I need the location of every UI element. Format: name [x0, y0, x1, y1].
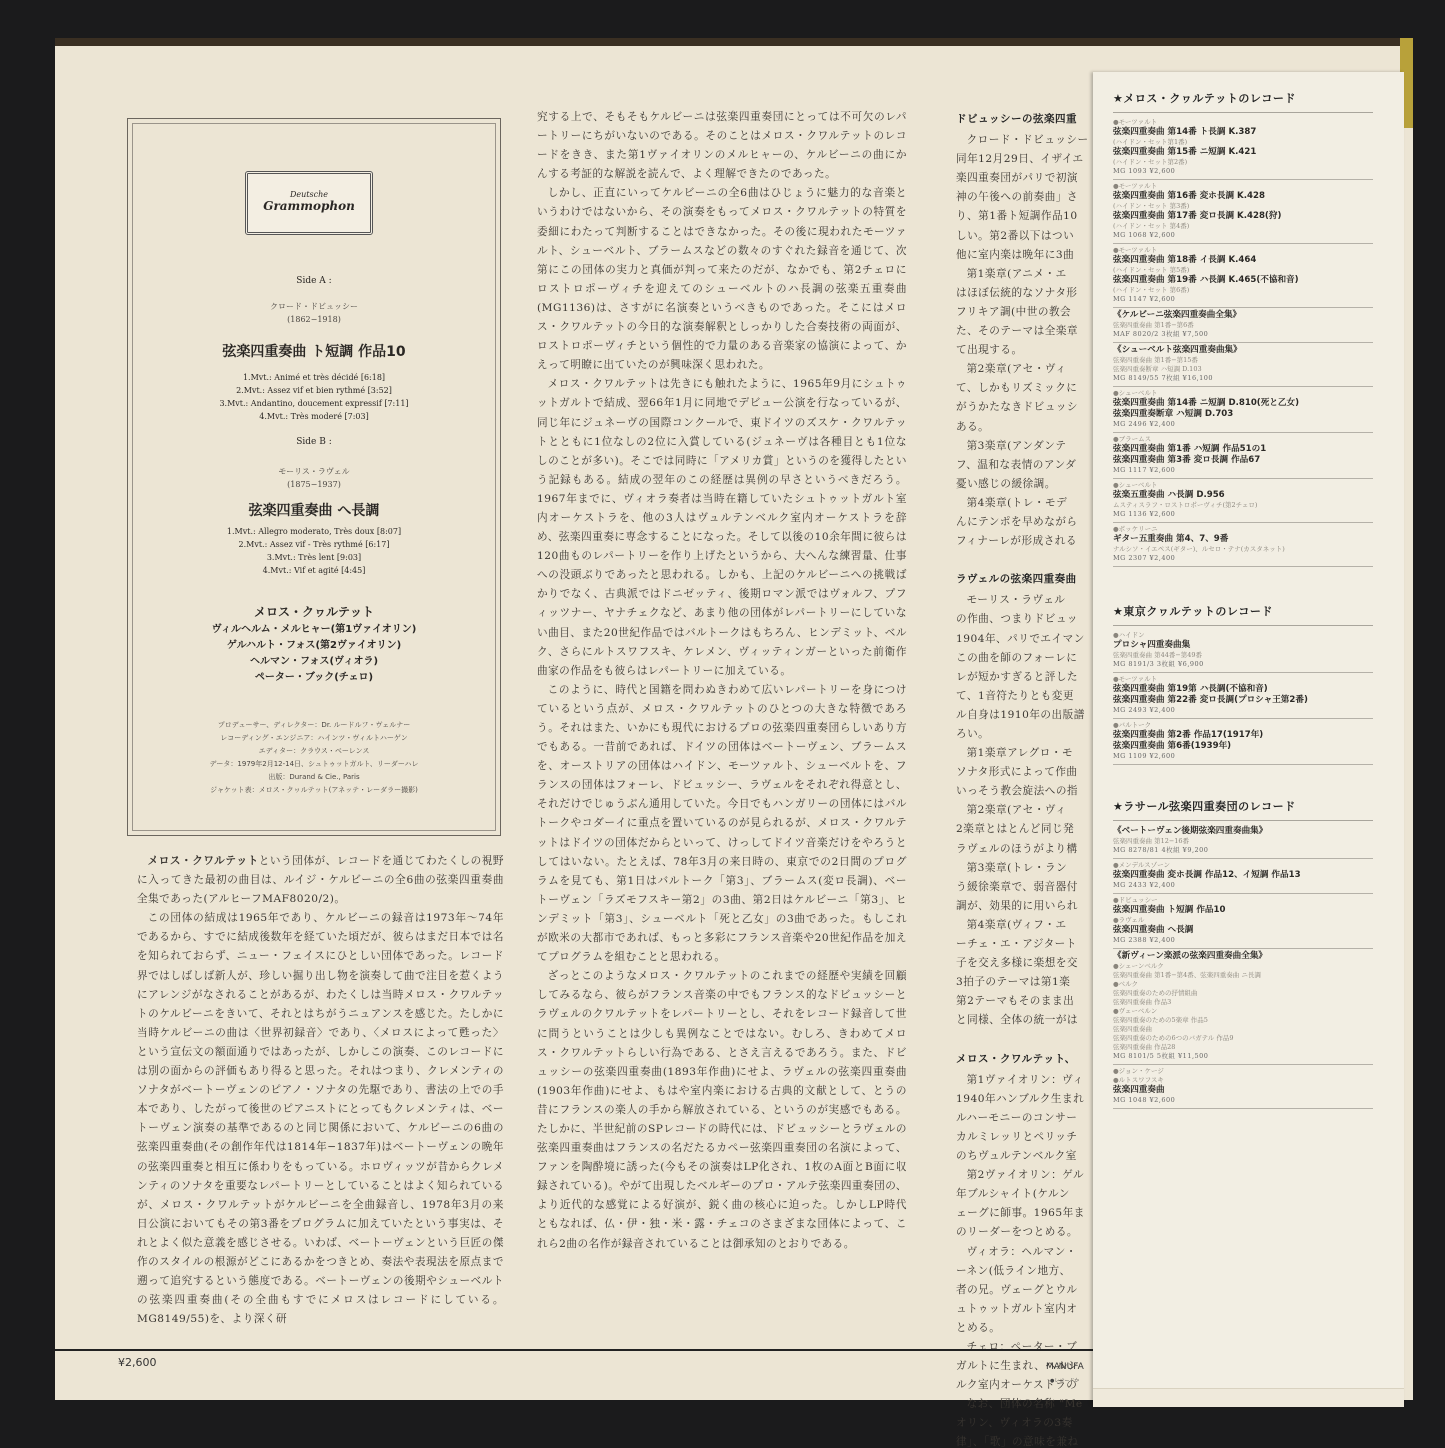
work-title: 弦楽四重奏曲 第19第 ハ長調(不協和音) — [1113, 684, 1373, 695]
work-detail: ナルシソ・イエペス(ギター)、ルセロ・テナ(カスタネット) — [1113, 545, 1373, 554]
catalog-number-price: MG 8191/3 3枚組 ¥6,900 — [1113, 660, 1373, 669]
text-line: フィナーレが形成される — [956, 532, 1090, 551]
text-line: 第3楽章(アンダンテ — [956, 437, 1090, 456]
catalog-number-price: MG 2388 ¥2,400 — [1113, 936, 1373, 945]
text-line: 第3楽章(トレ・ラン — [956, 859, 1090, 878]
text-line: フリキア調(中世の教会 — [956, 303, 1090, 322]
work-title: 弦楽四重奏曲 ト短調 作品10 — [1113, 905, 1373, 916]
work-title: ギター五重奏曲 第4、7、9番 — [1113, 534, 1373, 545]
text-line: う緩徐楽章で、弱音器付 — [956, 878, 1090, 897]
credit-line: データ：1979年2月12-14日、シュトゥットガルト、リーダーハレ — [128, 758, 500, 771]
text-line: ーネン(低ライン地方、 — [956, 1262, 1090, 1281]
catalog-section-lasalle: ★ラサール弦楽四重奏団のレコード《ベートーヴェン後期弦楽四重奏曲集》弦楽四重奏曲… — [1113, 798, 1373, 1109]
work-detail: (ハイドン・セット 第3番) — [1113, 202, 1373, 211]
text-line: 神の午後への前奏曲」さ — [956, 188, 1090, 207]
catalog-number-price: MG 8278/81 4枚組 ¥9,200 — [1113, 846, 1373, 855]
side-a-label: Side A : — [128, 276, 500, 286]
text-line: 第4楽章(ヴィフ・エ — [956, 916, 1090, 935]
text-line: ソナタ形式によって作曲 — [956, 763, 1090, 782]
text-line: 他に室内楽は晩年に3曲 — [956, 246, 1090, 265]
text-line: て出現する。 — [956, 341, 1090, 360]
text-line: オリン、ヴィオラの3奏 — [956, 1414, 1090, 1433]
composer-name: ●ベルク — [1113, 980, 1373, 989]
paragraph: ざっとこのようなメロス・クワルテットのこれまでの経歴や実績を回顧してみるなら、彼… — [537, 967, 907, 1253]
work-detail: 弦楽四重奏曲 — [1113, 1025, 1373, 1034]
text-line: カルミレッリとペリッチ — [956, 1128, 1090, 1147]
text-line: しい。第2番以下はつい — [956, 227, 1090, 246]
work-detail: 弦楽四重奏曲 第44番−第49番 — [1113, 651, 1373, 660]
text-line: チェロ：ペーター・ブ — [956, 1338, 1090, 1357]
text-line: 年ブルシャイト(ケルン — [956, 1185, 1090, 1204]
text-line: 2楽章とはとんど同じ発 — [956, 820, 1090, 839]
composer-name: ●ヴェーベルン — [1113, 1007, 1373, 1016]
bottom-divider — [55, 1349, 1095, 1351]
side-b-years: (1875−1937) — [128, 480, 500, 489]
logo-line-2: Grammophon — [248, 199, 370, 213]
manufacturer-label: MANUFA — [1046, 1362, 1084, 1372]
composer-name: ●ドビュッシー — [1113, 896, 1373, 905]
insert-fold — [1093, 1388, 1404, 1407]
text-line: ラヴェルのほうがより構 — [956, 840, 1090, 859]
text-line: モーリス・ラヴェル — [956, 591, 1090, 610]
catalog-record: 《ケルビーニ弦楽四重奏曲全集》弦楽四重奏曲 第1番−第6番MAF 8020/2 … — [1113, 308, 1373, 343]
composer-name: ●メンデルスゾーン — [1113, 861, 1373, 870]
catalog-record: ●モーツァルト弦楽四重奏曲 第19第 ハ長調(不協和音)弦楽四重奏曲 第22番 … — [1113, 673, 1373, 719]
credit-line: エディター：クラウス・ベーレンス — [128, 745, 500, 758]
composer-name: ●ジョン・ケージ — [1113, 1067, 1373, 1076]
movement: 1.Mvt.: Allegro moderato, Très doux [8:0… — [128, 525, 500, 538]
composer-name: ●モーツァルト — [1113, 182, 1373, 191]
credit-line: ジャケット表：メロス・クヮルテット(アネッテ・レーダラー撮影) — [128, 784, 500, 797]
catalog-number-price: MG 1117 ¥2,600 — [1113, 466, 1373, 475]
work-title: 弦楽四重奏曲 第1番 ハ短調 作品51の1 — [1113, 444, 1373, 455]
side-b-movements: 1.Mvt.: Allegro moderato, Très doux [8:0… — [128, 525, 500, 577]
work-title: 弦楽四重奏曲 変ホ長調 作品12、イ短調 作品13 — [1113, 870, 1373, 881]
text-line: 第2テーマもそのまま出 — [956, 992, 1090, 1011]
movement: 2.Mvt.: Assez vif et bien rythmé [3:52] — [128, 384, 500, 397]
work-detail: 弦楽四重奏断章 ハ短調 D.103 — [1113, 365, 1373, 374]
work-title: プロシャ四重奏曲集 — [1113, 640, 1373, 651]
credit-line: 出版：Durand & Cie., Paris — [128, 771, 500, 784]
work-detail: (ハイドン・セット第2番) — [1113, 158, 1373, 167]
section-heading: ラヴェルの弦楽四重奏曲 — [956, 570, 1090, 589]
side-a-movements: 1.Mvt.: Animé et très décidé [6:18] 2.Mv… — [128, 371, 500, 423]
text-line: 1940年ハンブルク生まれ — [956, 1090, 1090, 1109]
text-line: のちヴュルテンベルク室 — [956, 1147, 1090, 1166]
work-detail: 弦楽四重奏のための抒情組曲 — [1113, 989, 1373, 998]
text-line: 第1ヴァイオリン：ヴィ — [956, 1071, 1090, 1090]
text-line: ュトゥットガルト室内オ — [956, 1300, 1090, 1319]
catalog-number-price: MG 1093 ¥2,600 — [1113, 167, 1373, 176]
work-title: 《新ヴィーン楽派の弦楽四重奏曲全集》 — [1113, 951, 1373, 962]
text-line: レが短かすぎると評した — [956, 668, 1090, 687]
catalog-number-price: MG 2433 ¥2,400 — [1113, 881, 1373, 890]
catalog-record: ●ボッケリーニギター五重奏曲 第4、7、9番ナルシソ・イエペス(ギター)、ルセロ… — [1113, 523, 1373, 567]
deutsche-grammophon-logo: Deutsche Grammophon — [245, 171, 373, 235]
movement: 2.Mvt.: Assez vif - Très rythmé [6:17] — [128, 538, 500, 551]
text-line: の作曲、つまりドビュッ — [956, 610, 1090, 629]
liner-notes-column-1: メロス・クワルテットという団体が、レコードを通じてわたくしの視野に入ってきた最初… — [137, 852, 504, 1329]
text-line: ルハーモニーのコンサー — [956, 1109, 1090, 1128]
catalog-record: ●モーツァルト弦楽四重奏曲 第18番 イ長調 K.464(ハイドン・セット 第5… — [1113, 244, 1373, 308]
catalog-record: 《シューベルト弦楽四重奏曲集》弦楽四重奏曲 第1番−第15番弦楽四重奏断章 ハ短… — [1113, 343, 1373, 387]
composer-name: ●ブラームス — [1113, 435, 1373, 444]
text-line: 第1楽章アレグロ・モ — [956, 744, 1090, 763]
ensemble-name: メロス・クヮルテット — [128, 603, 500, 620]
text-line: て、しかもリズミックに — [956, 379, 1090, 398]
paragraph: この団体の結成は1965年であり、ケルビーニの録音は1973年〜74年であるから… — [137, 909, 504, 1329]
paragraph: メロス・クワルテットは先きにも触れたように、1965年9月にシュトゥットガルトで… — [537, 375, 907, 681]
catalog-number-price: MG 1048 ¥2,600 — [1113, 1096, 1373, 1105]
work-detail: 弦楽四重奏曲 作品3 — [1113, 998, 1373, 1007]
member: ゲルハルト・フォス(第2ヴァイオリン) — [128, 638, 500, 654]
credit-line: レコーディング・エンジニア：ハインツ・ヴィルトハーゲン — [128, 732, 500, 745]
text-line: いっそう教会旋法への指 — [956, 782, 1090, 801]
catalog-number-price: MG 1109 ¥2,600 — [1113, 752, 1373, 761]
work-title: 弦楽四重奏断章 ハ短調 D.703 — [1113, 409, 1373, 420]
work-detail: (ハイドン・セット第1番) — [1113, 138, 1373, 147]
liner-notes-column-3: ドビュッシーの弦楽四重クロード・ドビュッシー同年12月29日、イザイエ楽四重奏団… — [956, 110, 1090, 1448]
side-a-work-title: 弦楽四重奏曲 ト短調 作品10 — [128, 341, 500, 361]
catalog-number-price: MG 8101/5 5枚組 ¥11,500 — [1113, 1052, 1373, 1061]
catalog-record: ●シューベルト弦楽五重奏曲 ハ長調 D.956ムスティスラフ・ロストロポーヴィチ… — [1113, 479, 1373, 523]
movement: 1.Mvt.: Animé et très décidé [6:18] — [128, 371, 500, 384]
text-line: 子を交え多様に楽想を交 — [956, 954, 1090, 973]
text-line — [956, 1031, 1090, 1050]
text-line: この曲を師のフォーレに — [956, 649, 1090, 668]
text-line: ル自身は1910年の出版譜 — [956, 706, 1090, 725]
composer-name: ●ルトスワフスキ — [1113, 1076, 1373, 1085]
text-line: 同年12月29日、イザイエ — [956, 150, 1090, 169]
work-title: 弦楽四重奏曲 へ長調 — [1113, 925, 1373, 936]
paragraph: 究する上で、そもそもケルビーニは弦楽四重奏団にとっては不可欠のレパートリーにちが… — [537, 108, 907, 184]
section-heading: ドビュッシーの弦楽四重 — [956, 110, 1090, 129]
text-line: ェーグに師事。1965年ま — [956, 1204, 1090, 1223]
paragraph: このように、時代と国籍を問わぬきわめて広いレパートリーを身につけているという点が… — [537, 681, 907, 967]
movement: 4.Mvt.: Très moderé [7:03] — [128, 410, 500, 423]
text-line: 3拍子のテーマは第1楽 — [956, 973, 1090, 992]
work-title: 弦楽四重奏曲 第17番 変ロ長調 K.428(狩) — [1113, 211, 1373, 222]
paragraph: メロス・クワルテットという団体が、レコードを通じてわたくしの視野に入ってきた最初… — [137, 852, 504, 909]
text-line: た、そのテーマは全楽章 — [956, 322, 1090, 341]
work-title: 弦楽四重奏曲 第22番 変ロ長調(プロシャ王第2番) — [1113, 695, 1373, 706]
catalog-record: ●モーツァルト弦楽四重奏曲 第16番 変ホ長調 K.428(ハイドン・セット 第… — [1113, 180, 1373, 244]
text-line: 者の兄。ヴェーグとウル — [956, 1281, 1090, 1300]
work-title: 弦楽五重奏曲 ハ長調 D.956 — [1113, 490, 1373, 501]
composer-name: ●シューベルト — [1113, 481, 1373, 490]
catalog-number-price: MG 1147 ¥2,600 — [1113, 295, 1373, 304]
credit-line: プロデューサー、ディレクター：Dr. ルードルフ・ヴェルナー — [128, 719, 500, 732]
composer-name: ●シェーンベルク — [1113, 962, 1373, 971]
liner-notes-column-2: 究する上で、そもそもケルビーニは弦楽四重奏団にとっては不可欠のレパートリーにちが… — [537, 108, 907, 1254]
work-title: 弦楽四重奏曲 第18番 イ長調 K.464 — [1113, 255, 1373, 266]
work-title: 《ベートーヴェン後期弦楽四重奏曲集》 — [1113, 826, 1373, 837]
work-detail: 弦楽四重奏曲 第1番−第4番、弦楽四重奏曲 ニ長調 — [1113, 971, 1373, 980]
text-line: んにテンポを早めながら — [956, 513, 1090, 532]
catalog-record: 《ベートーヴェン後期弦楽四重奏曲集》弦楽四重奏曲 第12−16番MG 8278/… — [1113, 824, 1373, 859]
work-title: 弦楽四重奏曲 第14番 ト長調 K.387 — [1113, 127, 1373, 138]
text-line: クロード・ドビュッシー — [956, 131, 1090, 150]
work-detail: ムスティスラフ・ロストロポーヴィチ(第2チェロ) — [1113, 501, 1373, 510]
work-title: 弦楽四重奏曲 第16番 変ホ長調 K.428 — [1113, 191, 1373, 202]
catalog-number-price: MG 2493 ¥2,400 — [1113, 706, 1373, 715]
member: ヘルマン・フォス(ヴィオラ) — [128, 654, 500, 670]
composer-name: ●モーツァルト — [1113, 246, 1373, 255]
text-line: 楽四重奏団がパリで初演 — [956, 169, 1090, 188]
side-b-label: Side B : — [128, 437, 500, 447]
text-line: 1904年、パリでエイマン — [956, 630, 1090, 649]
catalog-record: ●モーツァルト弦楽四重奏曲 第14番 ト長調 K.387(ハイドン・セット第1番… — [1113, 116, 1373, 180]
text-line: 第4楽章(トレ・モデ — [956, 494, 1090, 513]
member: ヴィルヘルム・メルヒャー(第1ヴァイオリン) — [128, 622, 500, 638]
text-line — [956, 551, 1090, 570]
text-line: とめる。 — [956, 1319, 1090, 1338]
catalog-section-title: ★東京クヮルテットのレコード — [1113, 603, 1373, 626]
text-line: 第2楽章(アセ・ヴィ — [956, 360, 1090, 379]
catalog-record: ●メンデルスゾーン弦楽四重奏曲 変ホ長調 作品12、イ短調 作品13MG 243… — [1113, 859, 1373, 894]
work-detail: (ハイドン・セット 第6番) — [1113, 286, 1373, 295]
catalog-record: ●バルトーク弦楽四重奏曲 第2番 作品17(1917年)弦楽四重奏曲 第6番(1… — [1113, 719, 1373, 765]
side-b-work-title: 弦楽四重奏曲 へ長調 — [128, 500, 500, 520]
track-listing-box: Deutsche Grammophon Side A : クロード・ドビュッシー… — [127, 118, 501, 836]
work-title: 弦楽四重奏曲 第14番 ニ短調 D.810(死と乙女) — [1113, 398, 1373, 409]
catalog-section-title: ★ラサール弦楽四重奏団のレコード — [1113, 798, 1373, 821]
catalog-record: ●シューベルト弦楽四重奏曲 第14番 ニ短調 D.810(死と乙女)弦楽四重奏断… — [1113, 387, 1373, 433]
work-detail: 弦楽四重奏のための5楽章 作品5 — [1113, 1016, 1373, 1025]
ensemble-members: ヴィルヘルム・メルヒャー(第1ヴァイオリン) ゲルハルト・フォス(第2ヴァイオリ… — [128, 622, 500, 686]
text-line: がうかたなきドビュッシ — [956, 398, 1090, 417]
work-detail: 弦楽四重奏のための6つのバガテル 作品9 — [1113, 1034, 1373, 1043]
work-title: 弦楽四重奏曲 第15番 ニ短調 K.421 — [1113, 147, 1373, 158]
text-line: 律」、「歌」の意味を兼ね — [956, 1433, 1090, 1448]
catalog-record: ●ブラームス弦楽四重奏曲 第1番 ハ短調 作品51の1弦楽四重奏曲 第3番 変ロ… — [1113, 433, 1373, 479]
work-title: 弦楽四重奏曲 第3番 変ロ長調 作品67 — [1113, 455, 1373, 466]
work-title: 弦楽四重奏曲 — [1113, 1085, 1373, 1096]
production-credits: プロデューサー、ディレクター：Dr. ルードルフ・ヴェルナー レコーディング・エ… — [128, 719, 500, 797]
work-detail: 弦楽四重奏曲 第1番−第15番 — [1113, 356, 1373, 365]
work-detail: (ハイドン・セット 第5番) — [1113, 266, 1373, 275]
work-detail: 弦楽四重奏曲 第12−16番 — [1113, 837, 1373, 846]
movement: 3.Mvt.: Très lent [9:03] — [128, 551, 500, 564]
text-line: のリーダーをつとめる。 — [956, 1223, 1090, 1242]
catalog-record: ●ハイドンプロシャ四重奏曲集弦楽四重奏曲 第44番−第49番MG 8191/3 … — [1113, 629, 1373, 673]
composer-name: ●ハイドン — [1113, 631, 1373, 640]
text-line: なお、団体の名称 "Me — [956, 1395, 1090, 1414]
catalog-section-title: ★メロス・クヮルテットのレコード — [1113, 90, 1373, 113]
catalog-record: ●ドビュッシー弦楽四重奏曲 ト短調 作品10●ラヴェル弦楽四重奏曲 へ長調MG … — [1113, 894, 1373, 949]
logo-line-1: Deutsche — [248, 190, 370, 199]
composer-name: ●モーツァルト — [1113, 118, 1373, 127]
side-b-composer: モーリス・ラヴェル — [128, 466, 500, 477]
catalog-number-price: MAF 8020/2 3枚組 ¥7,500 — [1113, 330, 1373, 339]
composer-name: ●シューベルト — [1113, 389, 1373, 398]
text-line: 憂い感じの緩徐調。 — [956, 475, 1090, 494]
member: ペーター・ブック(チェロ) — [128, 670, 500, 686]
composer-name: ●バルトーク — [1113, 721, 1373, 730]
text-line: と同様、全体の統一がは — [956, 1011, 1090, 1030]
work-title: 《シューベルト弦楽四重奏曲集》 — [1113, 345, 1373, 356]
text-line: ある。 — [956, 418, 1090, 437]
catalog-record: ●ジョン・ケージ●ルトスワフスキ弦楽四重奏曲MG 1048 ¥2,600 — [1113, 1065, 1373, 1109]
work-detail: (ハイドン・セット 第4番) — [1113, 222, 1373, 231]
catalog-section-tokyo: ★東京クヮルテットのレコード●ハイドンプロシャ四重奏曲集弦楽四重奏曲 第44番−… — [1113, 603, 1373, 765]
catalog-section-melos: ★メロス・クヮルテットのレコード●モーツァルト弦楽四重奏曲 第14番 ト長調 K… — [1113, 90, 1373, 567]
catalog-number-price: MG 2496 ¥2,400 — [1113, 420, 1373, 429]
work-title: 弦楽四重奏曲 第6番(1939年) — [1113, 741, 1373, 752]
text-line: 第1楽章(アニメ・エ — [956, 265, 1090, 284]
catalog-number-price: MG 2307 ¥2,400 — [1113, 554, 1373, 563]
text-line: て、1音符たりとも変更 — [956, 687, 1090, 706]
text-line: 第2楽章(アセ・ヴィ — [956, 801, 1090, 820]
catalog-number-price: MG 8149/55 7枚組 ¥16,100 — [1113, 374, 1373, 383]
manufacturer-note: ●レコードか — [1050, 1377, 1079, 1384]
movement: 4.Mvt.: Vif et agité [4:45] — [128, 564, 500, 577]
price-label: ¥2,600 — [118, 1356, 157, 1369]
text-line: はほぼ伝統的なソナタ形 — [956, 284, 1090, 303]
text-line: ヴィオラ：ヘルマン・ — [956, 1243, 1090, 1262]
work-title: 弦楽四重奏曲 第19番 ハ長調 K.465(不協和音) — [1113, 275, 1373, 286]
text-line: 調が、効果的に用いられ — [956, 897, 1090, 916]
text-line: り、第1番ト短調作品10 — [956, 207, 1090, 226]
work-detail: 弦楽四重奏曲 第1番−第6番 — [1113, 321, 1373, 330]
composer-name: ●モーツァルト — [1113, 675, 1373, 684]
work-title: 《ケルビーニ弦楽四重奏曲全集》 — [1113, 310, 1373, 321]
composer-name: ●ラヴェル — [1113, 916, 1373, 925]
catalog-record: 《新ヴィーン楽派の弦楽四重奏曲全集》●シェーンベルク弦楽四重奏曲 第1番−第4番… — [1113, 949, 1373, 1065]
paragraph: しかし、正直にいってケルビーニの全6曲はひじょうに魅力的な音楽というわけではない… — [537, 184, 907, 375]
bold-lead: メロス・クワルテット — [148, 855, 259, 867]
catalog-number-price: MG 1136 ¥2,600 — [1113, 510, 1373, 519]
text-line: ろい。 — [956, 725, 1090, 744]
side-a-composer: クロード・ドビュッシー — [128, 301, 500, 312]
text-line: 第2ヴァイオリン：ゲル — [956, 1166, 1090, 1185]
catalog-number-price: MG 1068 ¥2,600 — [1113, 231, 1373, 240]
section-heading: メロス・クワルテット、 — [956, 1050, 1090, 1069]
side-a-years: (1862−1918) — [128, 315, 500, 324]
work-detail: 弦楽四重奏曲 作品28 — [1113, 1043, 1373, 1052]
text-line: ーチェ・エ・アジタート — [956, 935, 1090, 954]
composer-name: ●ボッケリーニ — [1113, 525, 1373, 534]
movement: 3.Mvt.: Andantino, doucement expressif [… — [128, 397, 500, 410]
text-line: フ、温和な表情のアンダ — [956, 456, 1090, 475]
work-title: 弦楽四重奏曲 第2番 作品17(1917年) — [1113, 730, 1373, 741]
